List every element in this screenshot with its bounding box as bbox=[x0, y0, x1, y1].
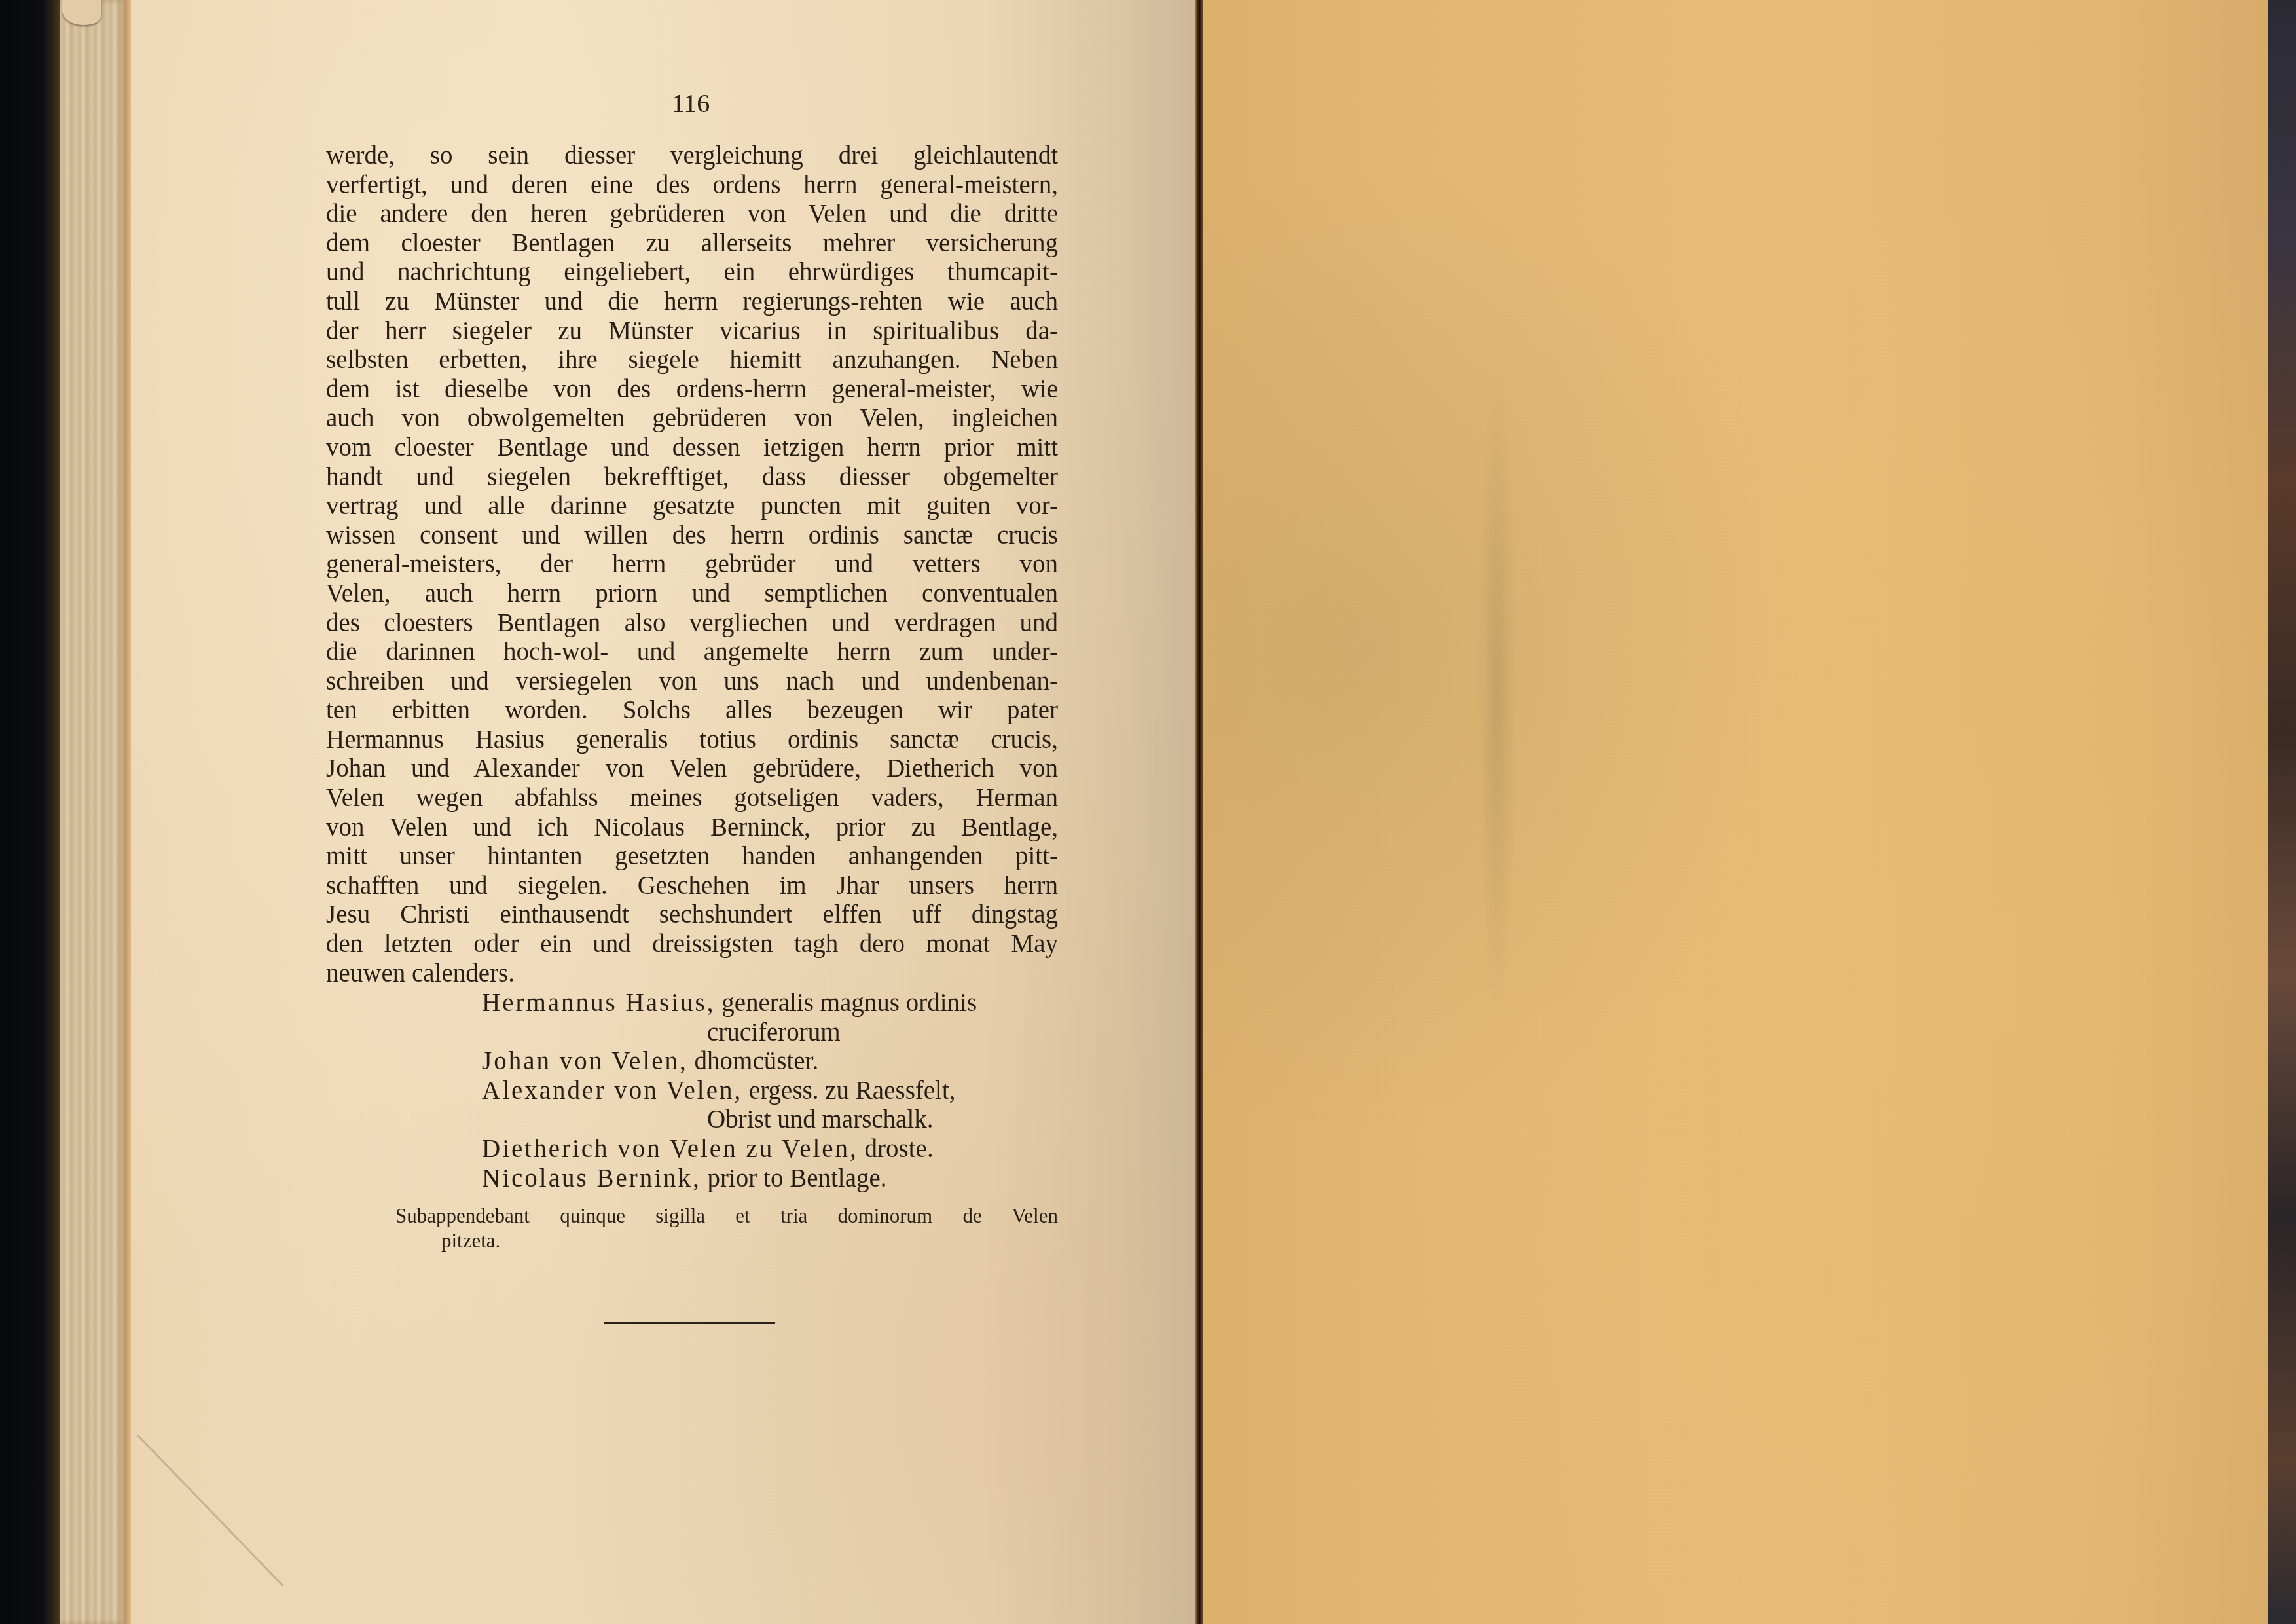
signature-nicolaus: Nicolaus Bernink, prior to Bentlage. bbox=[482, 1164, 1058, 1194]
text-line: ten erbitten worden. Solchs alles bezeug… bbox=[326, 696, 1058, 726]
body-text: werde, so sein diesser vergleichung drei… bbox=[326, 141, 1058, 988]
signatory-title: generalis magnus ordinis bbox=[721, 989, 977, 1017]
text-line: schafften und siegelen. Geschehen im Jha… bbox=[326, 872, 1058, 901]
book-scan: 116 werde, so sein diesser vergleichung … bbox=[0, 0, 2296, 1624]
text-line: handt und siegelen bekrefftiget, dass di… bbox=[326, 463, 1058, 492]
text-line: und nachrichtung eingeliebert, ein ehrwü… bbox=[326, 258, 1058, 287]
text-line: mitt unser hintanten gesetzten handen an… bbox=[326, 842, 1058, 872]
text-line: general-meisters, der herrn gebrüder und… bbox=[326, 550, 1058, 580]
text-line: Velen wegen abfahlss meines gotseligen v… bbox=[326, 784, 1058, 813]
signature-hasius: Hermannus Hasius, generalis magnus ordin… bbox=[482, 989, 1058, 1018]
book-binding-right bbox=[2268, 0, 2296, 1624]
text-line: werde, so sein diesser vergleichung drei… bbox=[326, 141, 1058, 171]
text-line: von Velen und ich Nicolaus Berninck, pri… bbox=[326, 813, 1058, 843]
text-line: vom cloester Bentlage und dessen ietzige… bbox=[326, 434, 1058, 463]
text-line: schreiben und versiegelen von uns nach u… bbox=[326, 667, 1058, 697]
text-line: den letzten oder ein und dreissigsten ta… bbox=[326, 930, 1058, 959]
book-gutter bbox=[1195, 0, 1203, 1624]
signatory-name: Nicolaus Bernink, bbox=[482, 1164, 701, 1192]
signature-dietherich: Dietherich von Velen zu Velen, droste. bbox=[482, 1135, 1058, 1164]
signature-johan: Johan von Velen, dhomcüster. bbox=[482, 1047, 1058, 1077]
text-line: tull zu Münster und die herrn regierungs… bbox=[326, 287, 1058, 317]
note-line: pitzeta. bbox=[395, 1228, 1058, 1253]
signature-continuation: cruciferorum bbox=[482, 1018, 1058, 1048]
signatory-name: Johan von Velen, bbox=[482, 1047, 688, 1075]
seal-note: Subappendebant quinque sigilla et tria d… bbox=[395, 1204, 1058, 1253]
page-edges-stack bbox=[60, 0, 126, 1624]
signatory-title: ergess. zu Raessfelt, bbox=[749, 1077, 956, 1105]
book-binding-left bbox=[0, 0, 60, 1624]
signatory-title: droste. bbox=[865, 1135, 934, 1163]
signatory-name: Alexander von Velen, bbox=[482, 1077, 742, 1105]
text-line: des cloesters Bentlagen also vergliechen… bbox=[326, 609, 1058, 638]
page-number: 116 bbox=[661, 88, 720, 119]
note-line: Subappendebant quinque sigilla et tria d… bbox=[395, 1204, 1058, 1228]
paper-stain bbox=[1478, 367, 1517, 1022]
text-line: Hermannus Hasius generalis totius ordini… bbox=[326, 726, 1058, 755]
text-line: die andere den heren gebrüderen von Vele… bbox=[326, 200, 1058, 229]
text-line: wissen consent und willen des herrn ordi… bbox=[326, 521, 1058, 551]
signatory-name: Hermannus Hasius, bbox=[482, 989, 715, 1017]
right-page-endpaper bbox=[1203, 0, 2268, 1624]
signature-block: Hermannus Hasius, generalis magnus ordin… bbox=[482, 989, 1058, 1193]
text-line: Velen, auch herrn priorn und semptlichen… bbox=[326, 580, 1058, 609]
text-line: die darinnen hoch-wol- und angemelte her… bbox=[326, 638, 1058, 667]
signatory-title: prior to Bentlage. bbox=[708, 1164, 887, 1192]
signature-continuation: Obrist und marschalk. bbox=[482, 1105, 1058, 1135]
paper-crease bbox=[137, 1434, 283, 1586]
text-line: selbsten erbetten, ihre siegele hiemitt … bbox=[326, 346, 1058, 375]
text-line: dem ist dieselbe von des ordens-herrn ge… bbox=[326, 375, 1058, 405]
text-line: dem cloester Bentlagen zu allerseits meh… bbox=[326, 229, 1058, 259]
text-line: neuwen calenders. bbox=[326, 959, 1058, 989]
signatory-name: Dietherich von Velen zu Velen, bbox=[482, 1135, 858, 1163]
text-line: Johan und Alexander von Velen gebrüdere,… bbox=[326, 754, 1058, 784]
text-line: auch von obwolgemelten gebrüderen von Ve… bbox=[326, 404, 1058, 434]
text-line: Jesu Christi einthausendt sechshundert e… bbox=[326, 900, 1058, 930]
text-line: verfertigt, und deren eine des ordens he… bbox=[326, 171, 1058, 200]
text-line: der herr siegeler zu Münster vicarius in… bbox=[326, 317, 1058, 346]
signature-alexander: Alexander von Velen, ergess. zu Raessfel… bbox=[482, 1077, 1058, 1106]
section-end-rule bbox=[604, 1322, 775, 1324]
signatory-title: dhomcüster. bbox=[695, 1047, 819, 1075]
text-line: vertrag und alle darinne gesatzte puncte… bbox=[326, 492, 1058, 521]
